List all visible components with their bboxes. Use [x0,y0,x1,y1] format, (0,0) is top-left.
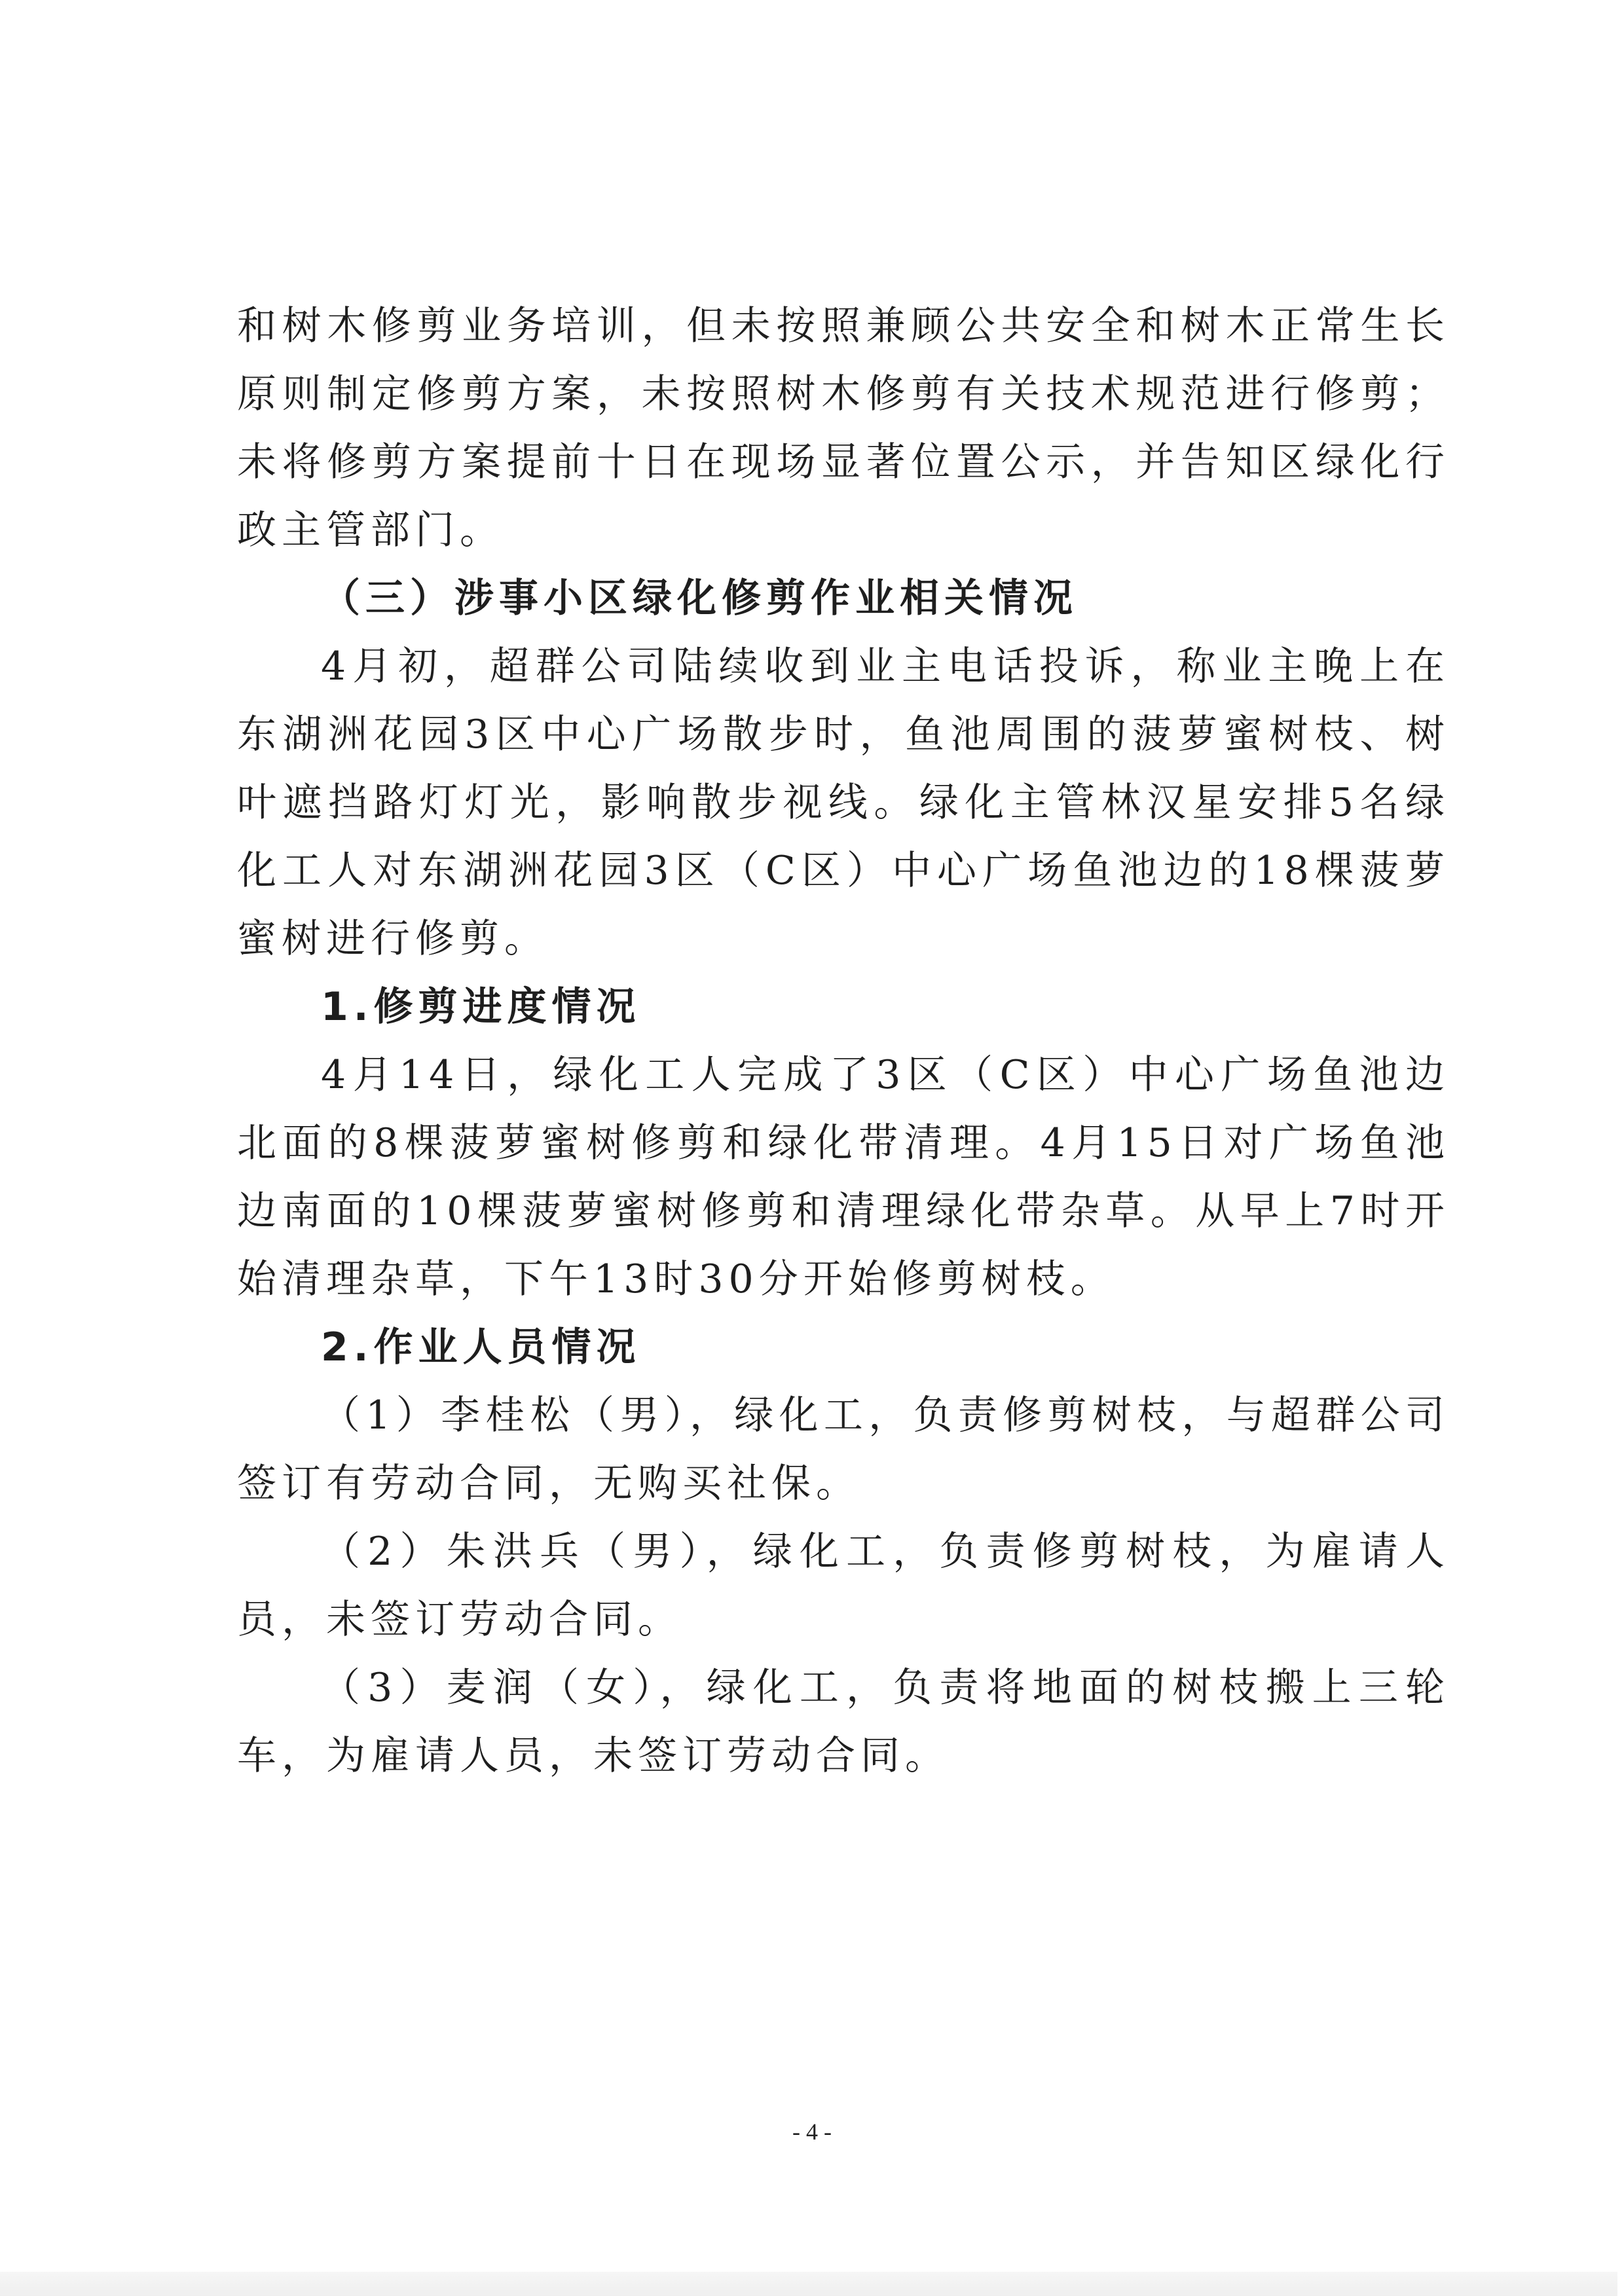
paragraph-training-violation: 和树木修剪业务培训，但未按照兼顾公共安全和树木正常生长原则制定修剪方案，未按照树… [237,292,1450,564]
subheading-workers: 2.作业人员情况 [237,1313,1450,1381]
section-heading-3: （三）涉事小区绿化修剪作业相关情况 [237,564,1450,632]
paragraph-worker-3: （3）麦润（女），绿化工，负责将地面的树枝搬上三轮车，为雇请人员，未签订劳动合同… [237,1654,1450,1790]
page-number: - 4 - [0,2118,1624,2145]
scan-edge-shadow [0,2272,1617,2296]
paragraph-pruning-progress: 4月14日，绿化工人完成了3区（C区）中心广场鱼池边北面的8棵菠萝蜜树修剪和绿化… [237,1041,1450,1313]
document-body: 和树木修剪业务培训，但未按照兼顾公共安全和树木正常生长原则制定修剪方案，未按照树… [237,292,1450,1790]
paragraph-complaint-background: 4月初，超群公司陆续收到业主电话投诉，称业主晚上在东湖洲花园3区中心广场散步时，… [237,632,1450,973]
paragraph-worker-1: （1）李桂松（男），绿化工，负责修剪树枝，与超群公司签订有劳动合同，无购买社保。 [237,1381,1450,1518]
paragraph-worker-2: （2）朱洪兵（男），绿化工，负责修剪树枝，为雇请人员，未签订劳动合同。 [237,1518,1450,1654]
subheading-pruning-progress: 1.修剪进度情况 [237,973,1450,1041]
